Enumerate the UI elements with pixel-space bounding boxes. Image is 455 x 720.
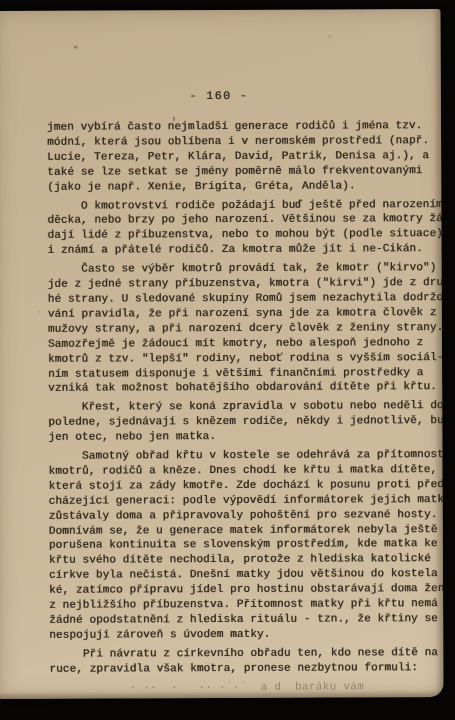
paragraph: O kmotrovství rodiče požádají buď ještě … bbox=[47, 198, 421, 259]
page-body: jmen vybírá často nejmladší generace rod… bbox=[0, 119, 443, 678]
paragraph: Často se výběr kmotrů provádí tak, že km… bbox=[48, 261, 423, 397]
scanned-page: - 160 - jmen vybírá často nejmladší gene… bbox=[0, 9, 443, 699]
page-number: - 160 - bbox=[0, 89, 441, 104]
paragraph: Při návratu z církevního obřadu ten, kdo… bbox=[49, 646, 423, 677]
paper-speck bbox=[173, 116, 175, 121]
paper-speck bbox=[329, 36, 331, 38]
paper-speck bbox=[38, 311, 40, 313]
paragraph: Samotný obřad křtu v kostele se odehrává… bbox=[48, 448, 423, 643]
paragraph: jmen vybírá často nejmladší generace rod… bbox=[47, 119, 421, 195]
paragraph: Křest, který se koná zpravidla v sobotu … bbox=[48, 399, 422, 445]
paper-speck bbox=[74, 46, 78, 49]
